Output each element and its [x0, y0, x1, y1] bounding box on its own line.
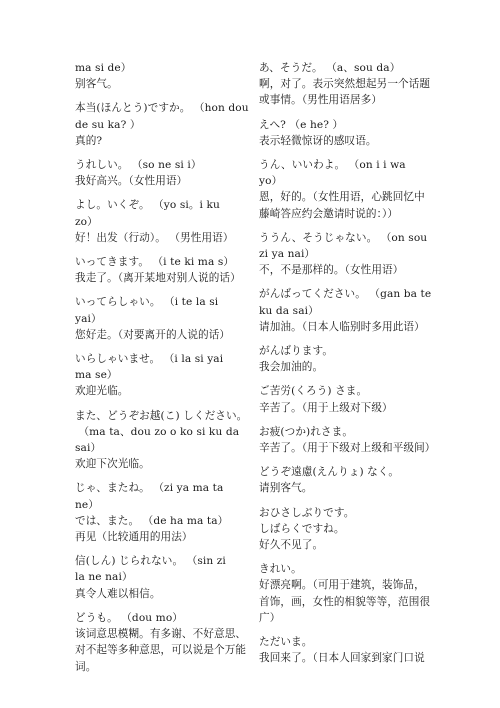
phrase-line: 不，不是那样的。（女性用语） — [259, 262, 445, 278]
phrase-entry: ううん、そうじゃない。 （on souzi ya nai）不，不是那样的。（女性… — [259, 230, 445, 279]
phrase-line: ううん、そうじゃない。 （on sou — [259, 230, 445, 246]
phrase-entry: いらしゃいませ。 （i la si yaima se）欢迎光临。 — [75, 351, 257, 400]
phrase-line: 好久不见了。 — [259, 537, 445, 553]
phrase-entry: 信(しん) じられない。 （sin zila ne nai）真令人难以相信。 — [75, 553, 257, 602]
phrase-line: yai） — [75, 311, 257, 327]
phrase-line: 对不起等多种意思，可以说是个万能 — [75, 642, 257, 658]
phrase-entry: うれしい。 （so ne si i）我好高兴。（女性用语） — [75, 157, 257, 189]
phrase-line: おひさしぶりです。 — [259, 505, 445, 521]
phrase-line: がんばります。 — [259, 343, 445, 359]
phrase-line: zo） — [75, 214, 257, 230]
phrase-line: ma se） — [75, 367, 257, 383]
phrase-line: あ、そうだ。 （a、sou da） — [259, 60, 445, 76]
phrase-line: ma si de） — [75, 60, 257, 76]
phrase-line: de su ka? ） — [75, 117, 257, 133]
phrase-entry: どうぞ遠慮(えんりょ) なく。请别客气。 — [259, 464, 445, 496]
phrase-line: いらしゃいませ。 （i la si yai — [75, 351, 257, 367]
phrase-entry: どうも。 （dou mo）该词意思模糊。有多谢、不好意思、对不起等多种意思，可以… — [75, 610, 257, 675]
phrase-line: お疲(つか)れさま。 — [259, 424, 445, 440]
phrase-line: 我回来了。（日本人回家到家门口说 — [259, 650, 445, 666]
phrase-line: 藤崎答应约会邀请时说的：）） — [259, 206, 445, 222]
phrase-line: zi ya nai） — [259, 246, 445, 262]
phrase-line: うん、いいわよ。 （on i i wa — [259, 157, 445, 173]
phrase-entry: いってきます。 （i te ki ma s）我走了。（离开某地对别人说的话） — [75, 254, 257, 286]
phrase-line: じゃ、またね。 （zi ya ma ta — [75, 480, 257, 496]
phrase-line: la ne nai） — [75, 569, 257, 585]
phrase-line: 辛苦了。（用于下级对上级和平级间） — [259, 440, 445, 456]
phrase-line: 我会加油的。 — [259, 359, 445, 375]
phrase-line: どうぞ遠慮(えんりょ) なく。 — [259, 464, 445, 480]
phrase-line: ne） — [75, 497, 257, 513]
phrase-line: 广） — [259, 610, 445, 626]
phrase-line: 我好高兴。（女性用语） — [75, 173, 257, 189]
phrase-entry: いってらしゃい。 （i te la siyai）您好走。（对要离开的人说的话） — [75, 294, 257, 343]
phrase-entry: ma si de）别客气。 — [75, 60, 257, 92]
phrase-line: 首饰，画，女性的相貌等等，范围很 — [259, 594, 445, 610]
phrase-entry: あ、そうだ。 （a、sou da）啊，对了。表示突然想起另一个话题或事情。（男性… — [259, 60, 445, 109]
phrase-line: 请加油。（日本人临别时多用此语） — [259, 319, 445, 335]
phrase-line: 我走了。（离开某地对别人说的话） — [75, 270, 257, 286]
phrase-line: 请别客气。 — [259, 480, 445, 496]
phrase-line: yo） — [259, 173, 445, 189]
phrase-line: 别客气。 — [75, 76, 257, 92]
phrase-line: 辛苦了。（用于上级对下级） — [259, 400, 445, 416]
phrase-entry: ただいま。我回来了。（日本人回家到家门口说 — [259, 634, 445, 666]
phrase-entry: お疲(つか)れさま。辛苦了。（用于下级对上级和平级间） — [259, 424, 445, 456]
phrase-line: 真的? — [75, 133, 257, 149]
document-page: ma si de）别客气。本当(ほんとう)ですか。 （hon doude su … — [0, 0, 500, 708]
phrase-line: 好漂亮啊。（可用于建筑，装饰品， — [259, 577, 445, 593]
phrase-line: ku da sai） — [259, 303, 445, 319]
phrase-entry: また、どうぞお越(こ) しください。 （ma ta、dou zo o ko si… — [75, 408, 257, 473]
phrase-line: がんばってください。 （gan ba te — [259, 286, 445, 302]
phrase-entry: 本当(ほんとう)ですか。 （hon doude su ka? ）真的? — [75, 100, 257, 149]
phrase-line: 您好走。（对要离开的人说的话） — [75, 327, 257, 343]
phrase-line: 好！出发（行动）。 （男性用语） — [75, 230, 257, 246]
phrase-entry: おひさしぶりです。しばらくですね。好久不见了。 — [259, 505, 445, 554]
phrase-line: きれい。 — [259, 561, 445, 577]
phrase-line: えへ? （e he? ） — [259, 117, 445, 133]
phrase-line: （ma ta、dou zo o ko si ku da — [75, 424, 257, 440]
phrase-line: ご苦労(くろう) さま。 — [259, 383, 445, 399]
phrase-line: 真令人难以相信。 — [75, 586, 257, 602]
phrase-line: よし。いくぞ。 （yo si。i ku — [75, 197, 257, 213]
right-column: あ、そうだ。 （a、sou da）啊，对了。表示突然想起另一个话题或事情。（男性… — [259, 60, 445, 675]
phrase-line: 欢迎光临。 — [75, 383, 257, 399]
phrase-line: 表示轻微惊讶的感叹语。 — [259, 133, 445, 149]
phrase-line: しばらくですね。 — [259, 521, 445, 537]
phrase-line: いってきます。 （i te ki ma s） — [75, 254, 257, 270]
phrase-entry: きれい。好漂亮啊。（可用于建筑，装饰品，首饰，画，女性的相貌等等，范围很广） — [259, 561, 445, 626]
phrase-entry: えへ? （e he? ）表示轻微惊讶的感叹语。 — [259, 117, 445, 149]
phrase-line: 欢迎下次光临。 — [75, 456, 257, 472]
phrase-entry: うん、いいわよ。 （on i i wayo）恩，好的。（女性用语，心跳回忆中藤崎… — [259, 157, 445, 222]
phrase-line: sai） — [75, 440, 257, 456]
phrase-entry: がんばります。我会加油的。 — [259, 343, 445, 375]
phrase-line: では、また。 （de ha ma ta） — [75, 513, 257, 529]
phrase-line: 恩，好的。（女性用语，心跳回忆中 — [259, 189, 445, 205]
phrase-line: うれしい。 （so ne si i） — [75, 157, 257, 173]
phrase-entry: ご苦労(くろう) さま。辛苦了。（用于上级对下级） — [259, 383, 445, 415]
phrase-line: どうも。 （dou mo） — [75, 610, 257, 626]
phrase-entry: がんばってください。 （gan ba teku da sai）请加油。（日本人临… — [259, 286, 445, 335]
phrase-line: また、どうぞお越(こ) しください。 — [75, 408, 257, 424]
phrase-line: 该词意思模糊。有多谢、不好意思、 — [75, 626, 257, 642]
phrase-line: 啊，对了。表示突然想起另一个话题 — [259, 76, 445, 92]
phrase-line: いってらしゃい。 （i te la si — [75, 294, 257, 310]
phrase-entry: よし。いくぞ。 （yo si。i kuzo）好！出发（行动）。 （男性用语） — [75, 197, 257, 246]
left-column: ma si de）别客气。本当(ほんとう)ですか。 （hon doude su … — [75, 60, 257, 683]
phrase-line: 本当(ほんとう)ですか。 （hon dou — [75, 100, 257, 116]
phrase-line: 再见（比较通用的用法） — [75, 529, 257, 545]
phrase-line: 或事情。（男性用语居多） — [259, 92, 445, 108]
phrase-entry: じゃ、またね。 （zi ya ma tane）では、また。 （de ha ma … — [75, 480, 257, 545]
phrase-line: ただいま。 — [259, 634, 445, 650]
phrase-line: 词。 — [75, 659, 257, 675]
phrase-line: 信(しん) じられない。 （sin zi — [75, 553, 257, 569]
